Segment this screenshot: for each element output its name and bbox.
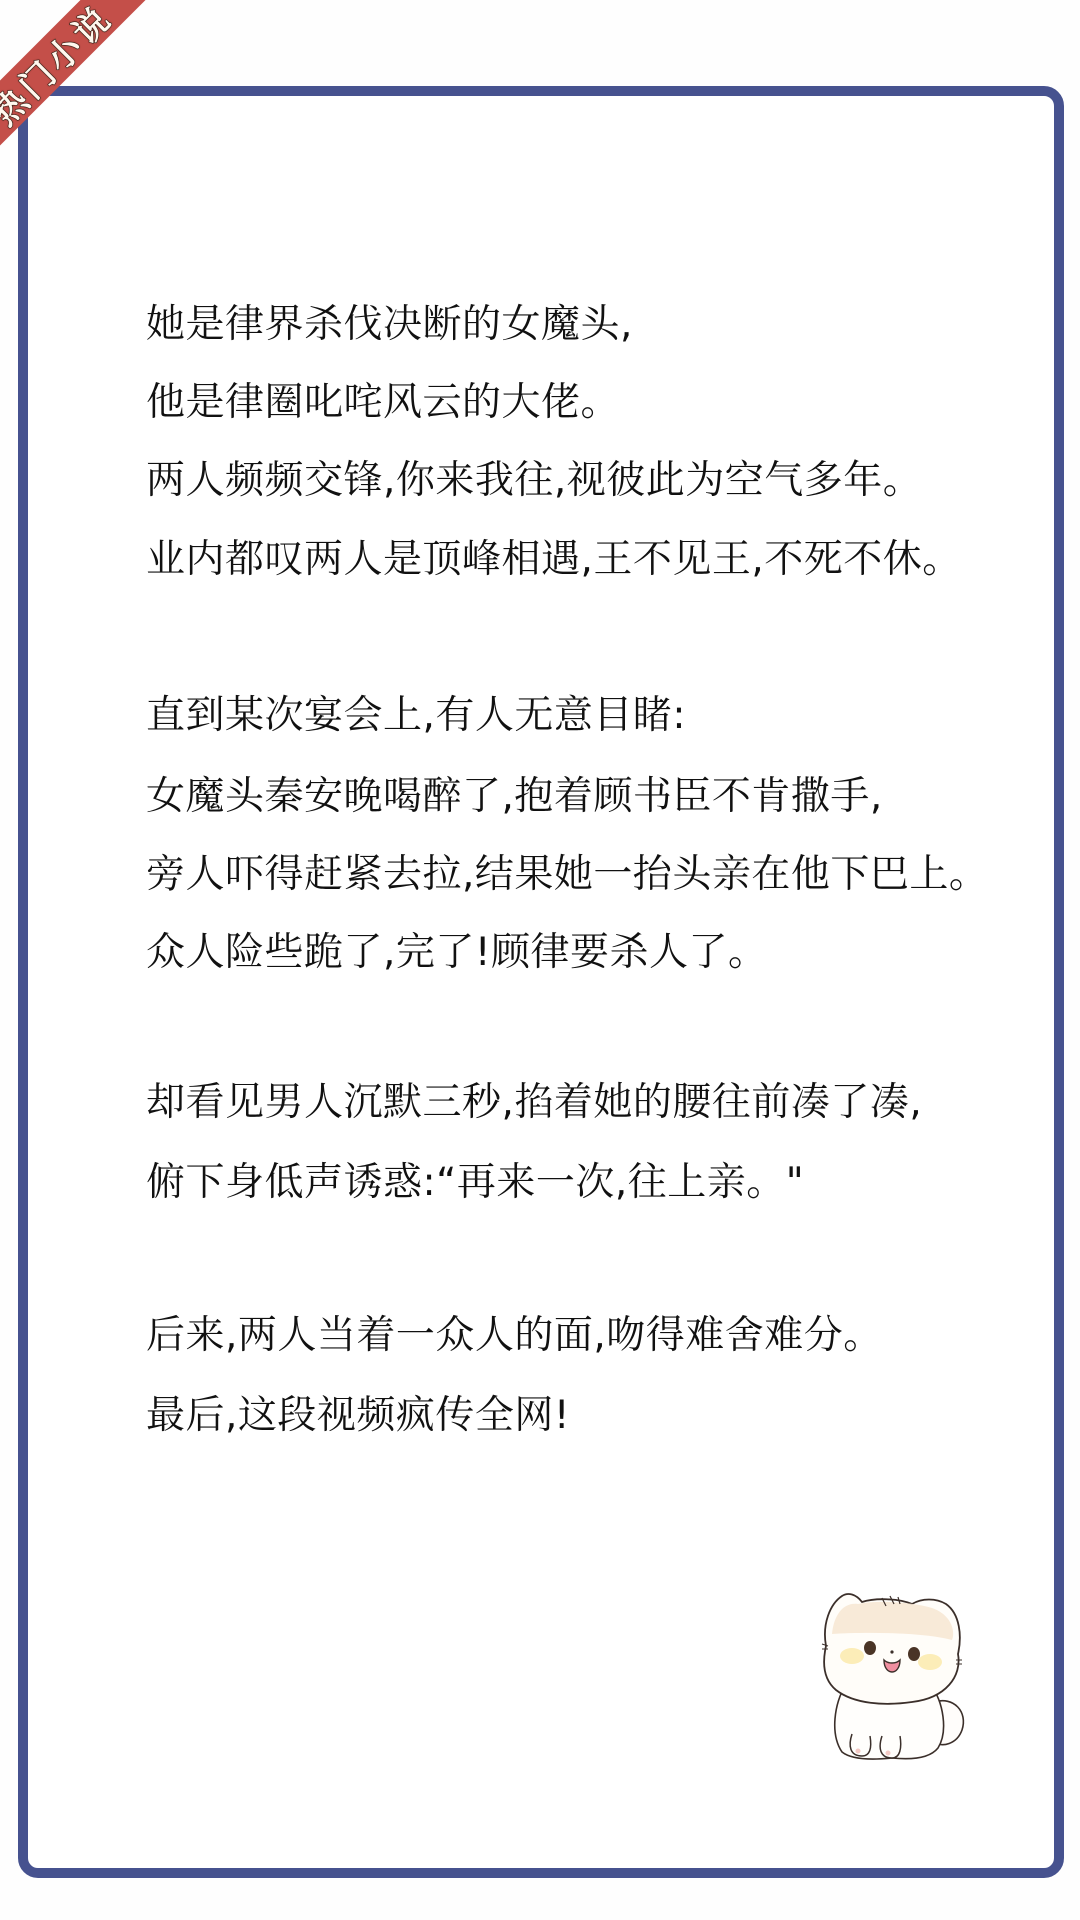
story-card-page: 热门小说 她是律界杀伐决断的女魔头, 他是律圈叱咤风云的大佬。 两人频频交锋,你…: [0, 0, 1080, 1920]
story-line: 俯下身低声诱惑:“再来一次,往上亲。": [146, 1161, 804, 1205]
story-line: 却看见男人沉默三秒,掐着她的腰往前凑了凑,: [146, 1081, 922, 1125]
story-line: 业内都叹两人是顶峰相遇,王不见王,不死不休。: [146, 538, 962, 582]
story-line: 最后,这段视频疯传全网!: [146, 1394, 570, 1438]
hot-novel-ribbon: 热门小说: [0, 0, 158, 171]
story-line: 直到某次宴会上,有人无意目睹:: [146, 694, 686, 738]
story-line: 两人频频交锋,你来我往,视彼此为空气多年。: [146, 459, 922, 503]
story-line: 女魔头秦安晚喝醉了,抱着顾书臣不肯撒手,: [146, 775, 883, 819]
story-line: 旁人吓得赶紧去拉,结果她一抬头亲在他下巴上。: [146, 853, 988, 897]
corner-ribbon: 热门小说: [0, 0, 200, 200]
cat-icon: [812, 1584, 972, 1764]
story-line: 众人险些跪了,完了!顾律要杀人了。: [146, 931, 768, 975]
story-line: 她是律界杀伐决断的女魔头,: [146, 303, 633, 347]
ribbon-label: 热门小说: [0, 0, 121, 134]
cat-illustration: [812, 1584, 972, 1764]
story-line: 他是律圈叱咤风云的大佬。: [146, 381, 620, 425]
story-line: 后来,两人当着一众人的面,吻得难舍难分。: [146, 1314, 883, 1358]
